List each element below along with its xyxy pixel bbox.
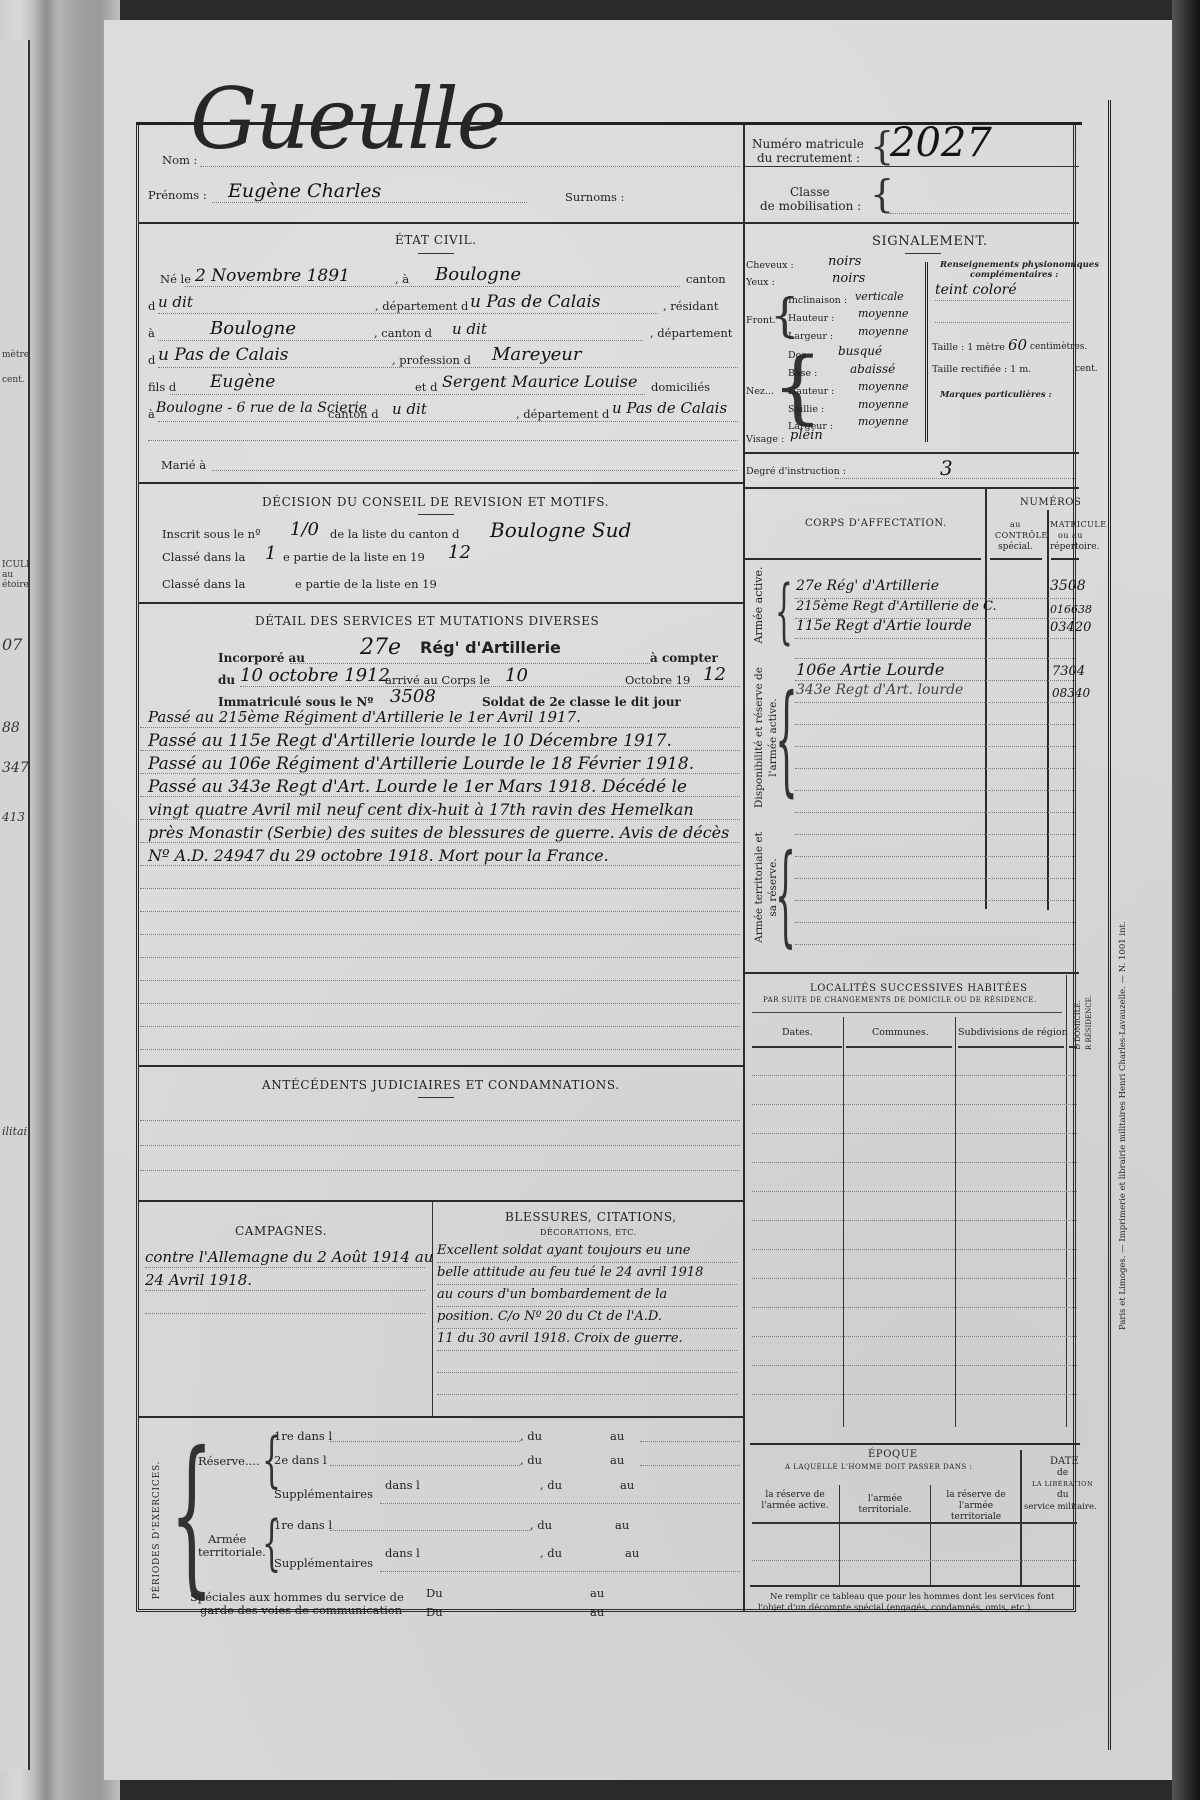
canton-d-value: u dit — [158, 293, 193, 311]
dots — [437, 1350, 737, 1351]
rule — [745, 558, 981, 560]
liste-canton-label: de la liste du canton d — [330, 527, 459, 541]
inscrit-label: Inscrit sous le nº — [162, 527, 261, 541]
mere-value: Sergent Maurice Louise — [442, 372, 637, 391]
rule — [990, 558, 1042, 560]
left-page-fragment: mètres cent. ICULE au étoire. 07 88 347 … — [0, 40, 30, 1770]
canton3-value: u dit — [392, 400, 427, 418]
rule — [745, 166, 1079, 167]
date-title-2: de — [1057, 1468, 1068, 1478]
nom-label: Nom : — [162, 153, 197, 167]
cheveux-value: noirs — [828, 254, 861, 269]
du-label: , du — [540, 1546, 562, 1560]
taille-unit: centimètres. — [1030, 342, 1087, 352]
dots — [640, 1441, 740, 1442]
marie-dots — [212, 470, 737, 471]
divider — [985, 489, 987, 909]
left-fragment: étoire. — [2, 580, 30, 590]
au-label: au — [620, 1478, 634, 1492]
corps-row: 343e Regt d'Art. lourde — [796, 682, 963, 698]
corps-row: 27e Rég' d'Artillerie — [796, 578, 939, 594]
arrive-year: 12 — [703, 664, 726, 685]
dots — [935, 300, 1070, 301]
canton2-label: , canton d — [374, 326, 432, 340]
brace: { — [870, 172, 894, 216]
left-fragment: au — [2, 570, 13, 580]
dots — [170, 394, 645, 395]
visage-value: plein — [790, 428, 823, 443]
au-label: au — [615, 1518, 629, 1532]
matricule-label-1: Numéro matricule — [752, 137, 864, 151]
epoque-note-2: l'objet d'un décompte spécial (engagés, … — [758, 1603, 1033, 1613]
left-fragment: 413 — [2, 810, 25, 824]
departement3-value: u Pas de Calais — [612, 399, 727, 417]
dots — [437, 1262, 737, 1263]
rule — [139, 1200, 743, 1202]
dots — [640, 1465, 740, 1466]
canton3-label: canton d — [328, 407, 379, 421]
note-line: près Monastir (Serbie) des suites de ble… — [148, 823, 729, 842]
epoque-col1: la réserve de l'armée active. — [752, 1490, 838, 1512]
prenoms-value: Eugène Charles — [228, 180, 381, 202]
services-title: DÉTAIL DES SERVICES ET MUTATIONS DIVERSE… — [255, 614, 599, 628]
note-line: Passé au 115e Regt d'Artillerie lourde l… — [148, 731, 672, 751]
dots — [145, 1267, 425, 1268]
au-label: au — [625, 1546, 639, 1560]
taille-label: Taille : 1 mètre — [932, 342, 1005, 353]
periodes-vertical-label: PÉRIODES D'EXERCICES. — [152, 1455, 162, 1605]
matricule-cell: 3508 — [1050, 578, 1086, 594]
brace: { — [775, 570, 793, 652]
matricule-value: 2027 — [890, 120, 992, 166]
incorpore-value: 27e — [360, 635, 401, 660]
profession-value: Mareyeur — [492, 344, 581, 365]
au2-label: au — [590, 1586, 604, 1600]
front-hauteur-label: Hauteur : — [788, 313, 834, 324]
a-label: , à — [395, 272, 409, 286]
dots — [437, 1306, 737, 1307]
classe1-value: 1 — [265, 543, 276, 564]
nez-dos-value: busqué — [838, 344, 882, 358]
reserve-label: Réserve.... — [198, 1454, 260, 1468]
dans-label: dans l — [385, 1478, 420, 1492]
immatricule-label: Immatriculé sous le Nº — [218, 695, 373, 709]
speciales-label-1: Spéciales aux hommes du service de — [190, 1590, 404, 1604]
blessure-line: 11 du 30 avril 1918. Croix de guerre. — [437, 1331, 683, 1346]
campagne-line: 24 Avril 1918. — [145, 1271, 252, 1289]
localites-subtitle: PAR SUITE DE CHANGEMENTS DE DOMICILE OU … — [763, 996, 1037, 1004]
arrive-day: 10 — [505, 665, 528, 686]
Du-label: Du — [426, 1605, 443, 1619]
dots — [290, 663, 650, 664]
left-fragment: ilitaire. — [2, 1125, 30, 1138]
controle-label-2: CONTRÔLE — [995, 531, 1048, 540]
prenoms-dots — [212, 202, 527, 203]
matricule-cell: 08340 — [1052, 686, 1090, 700]
note-line: Nº A.D. 24947 du 29 octobre 1918. Mort p… — [148, 846, 609, 865]
corps-row: 115e Regt d'Artie lourde — [796, 618, 972, 634]
note-line: Passé au 106e Régiment d'Artillerie Lour… — [148, 754, 694, 774]
territoriale-label-1: Armée — [208, 1532, 246, 1546]
col-dr-2: R RÉSIDENCE. — [1085, 1000, 1093, 1050]
arrive-label: arrivé au Corps le — [385, 673, 490, 687]
divider — [930, 1485, 931, 1585]
visage-label: Visage : — [746, 434, 784, 445]
left-fragment: ICULE — [2, 560, 30, 570]
dots — [158, 313, 658, 314]
note-line: Passé au 215ème Régiment d'Artillerie le… — [148, 708, 581, 726]
dots — [437, 1328, 737, 1329]
marques-label: Marques particulières : — [940, 390, 1052, 400]
blessures-title: BLESSURES, CITATIONS, — [505, 1210, 677, 1224]
nez-label: Nez... — [746, 386, 774, 397]
rule — [745, 222, 1079, 224]
renseignements-value: teint coloré — [935, 282, 1017, 298]
book-edge — [1172, 0, 1200, 1800]
matricule-col-label-2: ou au — [1058, 531, 1083, 540]
renseignements-label-1: Renseignements physionomiques — [940, 260, 1099, 270]
rule — [958, 1046, 1064, 1048]
epoque-note-1: Ne remplir ce tableau que pour les homme… — [770, 1592, 1054, 1602]
nez-base-value: abaissé — [850, 362, 895, 376]
left-fragment: 07 — [2, 635, 22, 654]
domicile-a-label: à — [148, 407, 155, 421]
departement2-value: u Pas de Calais — [158, 345, 289, 365]
canton2-value: u dit — [452, 320, 487, 338]
epoque-subtitle: A LAQUELLE L'HOMME DOIT PASSER DANS : — [785, 1463, 972, 1471]
taille-value: 60 — [1008, 336, 1027, 354]
yeux-value: noirs — [832, 271, 865, 286]
nez-dos-label: Dos : — [788, 350, 812, 361]
left-fragment: cent. — [2, 375, 25, 385]
marie-label: Marié à — [161, 458, 206, 472]
blessure-line: Excellent soldat ayant toujours eu une — [437, 1243, 691, 1258]
dots — [240, 686, 740, 687]
epoque-col2: l'armée territoriale. — [842, 1494, 928, 1516]
canton-d-label: d — [148, 299, 155, 313]
blessure-line: position. C/o Nº 20 du Ct de l'A.D. — [437, 1309, 662, 1324]
rule — [1069, 1046, 1077, 1048]
dots — [437, 1284, 737, 1285]
dots — [158, 367, 738, 368]
matricule-cell: 7304 — [1052, 664, 1085, 679]
blessures-subtitle: DÉCORATIONS, ETC. — [540, 1228, 637, 1237]
liste-canton-value: Boulogne Sud — [490, 518, 631, 542]
armee-active-label: Armée active. — [752, 565, 765, 645]
divider — [432, 1202, 433, 1416]
signalement-title: SIGNALEMENT. — [872, 234, 988, 249]
rule — [139, 1065, 743, 1067]
matricule-cell: 03420 — [1050, 620, 1091, 635]
arrive-month: Octobre 19 — [625, 673, 690, 687]
title-rule — [418, 253, 454, 254]
du-value: 10 octobre 1912 — [240, 665, 390, 686]
dots — [140, 1170, 740, 1171]
nez-largeur-value: moyenne — [858, 415, 908, 428]
title-rule — [905, 253, 941, 254]
rule — [139, 602, 743, 604]
divider — [1047, 510, 1049, 910]
nom-dots — [200, 166, 740, 167]
classe1-year: 12 — [448, 542, 471, 563]
dots — [437, 1372, 737, 1373]
col-subdivisions: Subdivisions de région — [958, 1027, 1068, 1038]
etat-civil-title: ÉTAT CIVIL. — [395, 233, 477, 247]
divider — [1020, 1450, 1022, 1585]
ne-le-value: 2 Novembre 1891 — [195, 266, 350, 286]
fils-label: fils d — [148, 380, 176, 394]
blessure-line: au cours d'un bombardement de la — [437, 1287, 667, 1302]
rule — [846, 1046, 952, 1048]
matricule-label-2: du recrutement : — [757, 151, 860, 165]
rule — [752, 1012, 1062, 1013]
epoque-col3: la réserve de l'armée territoriale — [933, 1490, 1019, 1523]
col-dates: Dates. — [782, 1027, 813, 1038]
brace: { — [775, 830, 796, 958]
immatricule-value: 3508 — [390, 686, 436, 707]
rule — [750, 1443, 1080, 1445]
du-label: du — [218, 673, 235, 687]
dots — [330, 1465, 520, 1466]
classe2-label: Classé dans la — [162, 577, 245, 591]
du-label: , du — [530, 1518, 552, 1532]
rule — [745, 452, 1079, 454]
note-line: Passé au 343e Regt d'Art. Lourde le 1er … — [148, 777, 687, 797]
au-label: au — [610, 1453, 624, 1467]
au2-label: au — [590, 1605, 604, 1619]
dots — [158, 340, 643, 341]
rule — [752, 1046, 842, 1048]
rule — [139, 222, 743, 224]
rule — [139, 482, 743, 484]
supp-label: Supplémentaires — [274, 1556, 373, 1570]
a-value: Boulogne — [435, 264, 521, 285]
nez-base-label: Base : — [788, 368, 817, 379]
date-title-5: service militaire. — [1024, 1502, 1097, 1512]
dots — [145, 1313, 425, 1314]
campagnes-title: CAMPAGNES. — [235, 1224, 327, 1238]
taille-rectifiee-label: Taille rectifiée : 1 m. — [932, 364, 1031, 375]
rule — [1051, 558, 1079, 560]
corps-title: CORPS D'AFFECTATION. — [805, 518, 947, 529]
classe-label-1: Classe — [790, 185, 830, 199]
front-hauteur-value: moyenne — [858, 307, 908, 320]
Du-label: Du — [426, 1586, 443, 1600]
speciales-label-2: garde des voies de communication — [200, 1603, 402, 1617]
rule — [745, 972, 1079, 974]
date-title-1: DATE — [1050, 1456, 1079, 1467]
du-label: , du — [520, 1429, 542, 1443]
classe1-label: Classé dans la — [162, 550, 245, 564]
antecedents-title: ANTÉCÉDENTS JUDICIAIRES ET CONDAMNATIONS… — [262, 1078, 620, 1092]
rule — [139, 1416, 743, 1418]
degre-value: 3 — [940, 456, 953, 480]
numeros-title: NUMÉROS — [1020, 497, 1082, 508]
corps-row: 215ème Regt d'Artillerie de C. — [796, 599, 997, 614]
r2-label: 2e dans l — [274, 1453, 327, 1467]
inscrit-value: 1/0 — [290, 519, 319, 540]
degre-label: Degré d'instruction : — [746, 466, 846, 477]
dots — [330, 1530, 530, 1531]
yeux-label: Yeux : — [746, 277, 775, 288]
nom-value: Gueulle — [190, 70, 504, 168]
dots — [185, 286, 680, 287]
rule — [752, 1522, 1077, 1524]
front-inclinaison-label: Inclinaison : — [788, 295, 847, 306]
left-fragment: 88 — [2, 720, 20, 736]
territoriale-label-2: territoriale. — [198, 1545, 266, 1559]
residant-a-label: à — [148, 326, 155, 340]
profession-label: , profession d — [392, 353, 471, 367]
nez-hauteur-value: moyenne — [858, 380, 908, 393]
domicilies-label: domiciliés — [651, 380, 710, 394]
campagne-line: contre l'Allemagne du 2 Août 1914 au — [145, 1248, 433, 1266]
title-rule — [418, 514, 454, 515]
et-label: et d — [415, 380, 437, 394]
departement2-label: , département — [650, 326, 732, 340]
left-fragment: 347 — [2, 760, 29, 776]
matricule-col-label-1: MATRICULE — [1050, 520, 1107, 529]
nez-saillie-label: Saillie : — [788, 404, 824, 415]
classe1-suffix: e partie de la liste en 19 — [283, 550, 425, 564]
au-label: au — [610, 1429, 624, 1443]
printer-imprint: Paris et Limoges. — Imprimerie et librai… — [1118, 730, 1128, 1330]
prenoms-label: Prénoms : — [148, 188, 207, 202]
soldat-label: Soldat de 2e classe le dit jour — [482, 695, 681, 709]
taille-rectifiee-unit: cent. — [1075, 364, 1098, 374]
corps-row: 106e Artie Lourde — [796, 660, 944, 679]
du-label: , du — [520, 1453, 542, 1467]
residant-a-value: Boulogne — [210, 318, 296, 339]
signalement-divider — [925, 262, 928, 442]
divider — [839, 1485, 840, 1585]
surnoms-label: Surnoms : — [565, 190, 624, 204]
page-edge-rule — [1108, 100, 1111, 1750]
matricule-cell: 016638 — [1050, 603, 1092, 616]
renseignements-label-2: complémentaires : — [970, 270, 1058, 280]
date-title-3: LA LIBÉRATION — [1032, 1480, 1093, 1488]
dans-label: dans l — [385, 1546, 420, 1560]
dots — [140, 1145, 740, 1146]
ne-le-label: Né le — [160, 272, 191, 286]
dots — [835, 478, 1075, 479]
du-label: , du — [540, 1478, 562, 1492]
brace: { — [775, 670, 798, 809]
dots — [330, 1441, 520, 1442]
front-inclinaison-value: verticale — [855, 290, 904, 303]
controle-label-3: spécial. — [998, 542, 1033, 552]
dots — [380, 1571, 740, 1572]
nez-saillie-value: moyenne — [858, 398, 908, 411]
cheveux-label: Cheveux : — [746, 260, 794, 271]
dots — [145, 1290, 425, 1291]
a-compter-label: à compter — [650, 651, 718, 665]
departement3-label: , département d — [516, 407, 609, 421]
departement-value: u Pas de Calais — [470, 292, 601, 312]
dots — [380, 1503, 740, 1504]
rule — [750, 1585, 1080, 1587]
date-title-4: du — [1057, 1490, 1069, 1500]
t1-label: 1re dans l — [274, 1518, 332, 1532]
nez-hauteur-label: Hauteur : — [788, 386, 834, 397]
regiment-stamp: Rég' d'Artillerie — [420, 638, 561, 657]
col-dr-1: D DOMICILE. — [1074, 1000, 1082, 1050]
column-divider — [743, 125, 745, 1612]
matricule-col-label-3: répertoire. — [1050, 542, 1099, 552]
pere-value: Eugène — [210, 372, 275, 392]
departement2-d-label: d — [148, 353, 155, 367]
r1-label: 1re dans l — [274, 1429, 332, 1443]
dots — [935, 322, 1070, 323]
decision-title: DÉCISION DU CONSEIL DE REVISION ET MOTIF… — [262, 495, 609, 509]
dots — [158, 421, 738, 422]
left-fragment: mètres — [2, 350, 30, 360]
dots — [140, 1120, 740, 1121]
front-largeur-value: moyenne — [858, 325, 908, 338]
classe-dots — [890, 213, 1070, 214]
supp-label: Supplémentaires — [274, 1487, 373, 1501]
classe-label-2: de mobilisation : — [760, 199, 861, 213]
blessure-line: belle attitude au feu tué le 24 avril 19… — [437, 1265, 703, 1280]
col-communes: Communes. — [872, 1027, 929, 1038]
rule — [745, 487, 1079, 489]
controle-label-1: au — [1010, 520, 1021, 529]
localites-title: LOCALITÉS SUCCESSIVES HABITÉES — [810, 983, 1028, 994]
note-line: vingt quatre Avril mil neuf cent dix-hui… — [148, 800, 694, 819]
residant-label: , résidant — [663, 299, 718, 313]
dots — [752, 1560, 1077, 1561]
title-rule — [418, 1097, 454, 1098]
canton-label: canton — [686, 272, 726, 286]
epoque-title: ÉPOQUE — [868, 1449, 918, 1460]
classe2-suffix: e partie de la liste en 19 — [295, 577, 437, 591]
divider — [1066, 975, 1067, 1427]
dots — [148, 440, 738, 441]
departement-label: , département d — [375, 299, 468, 313]
dots — [437, 1394, 737, 1395]
